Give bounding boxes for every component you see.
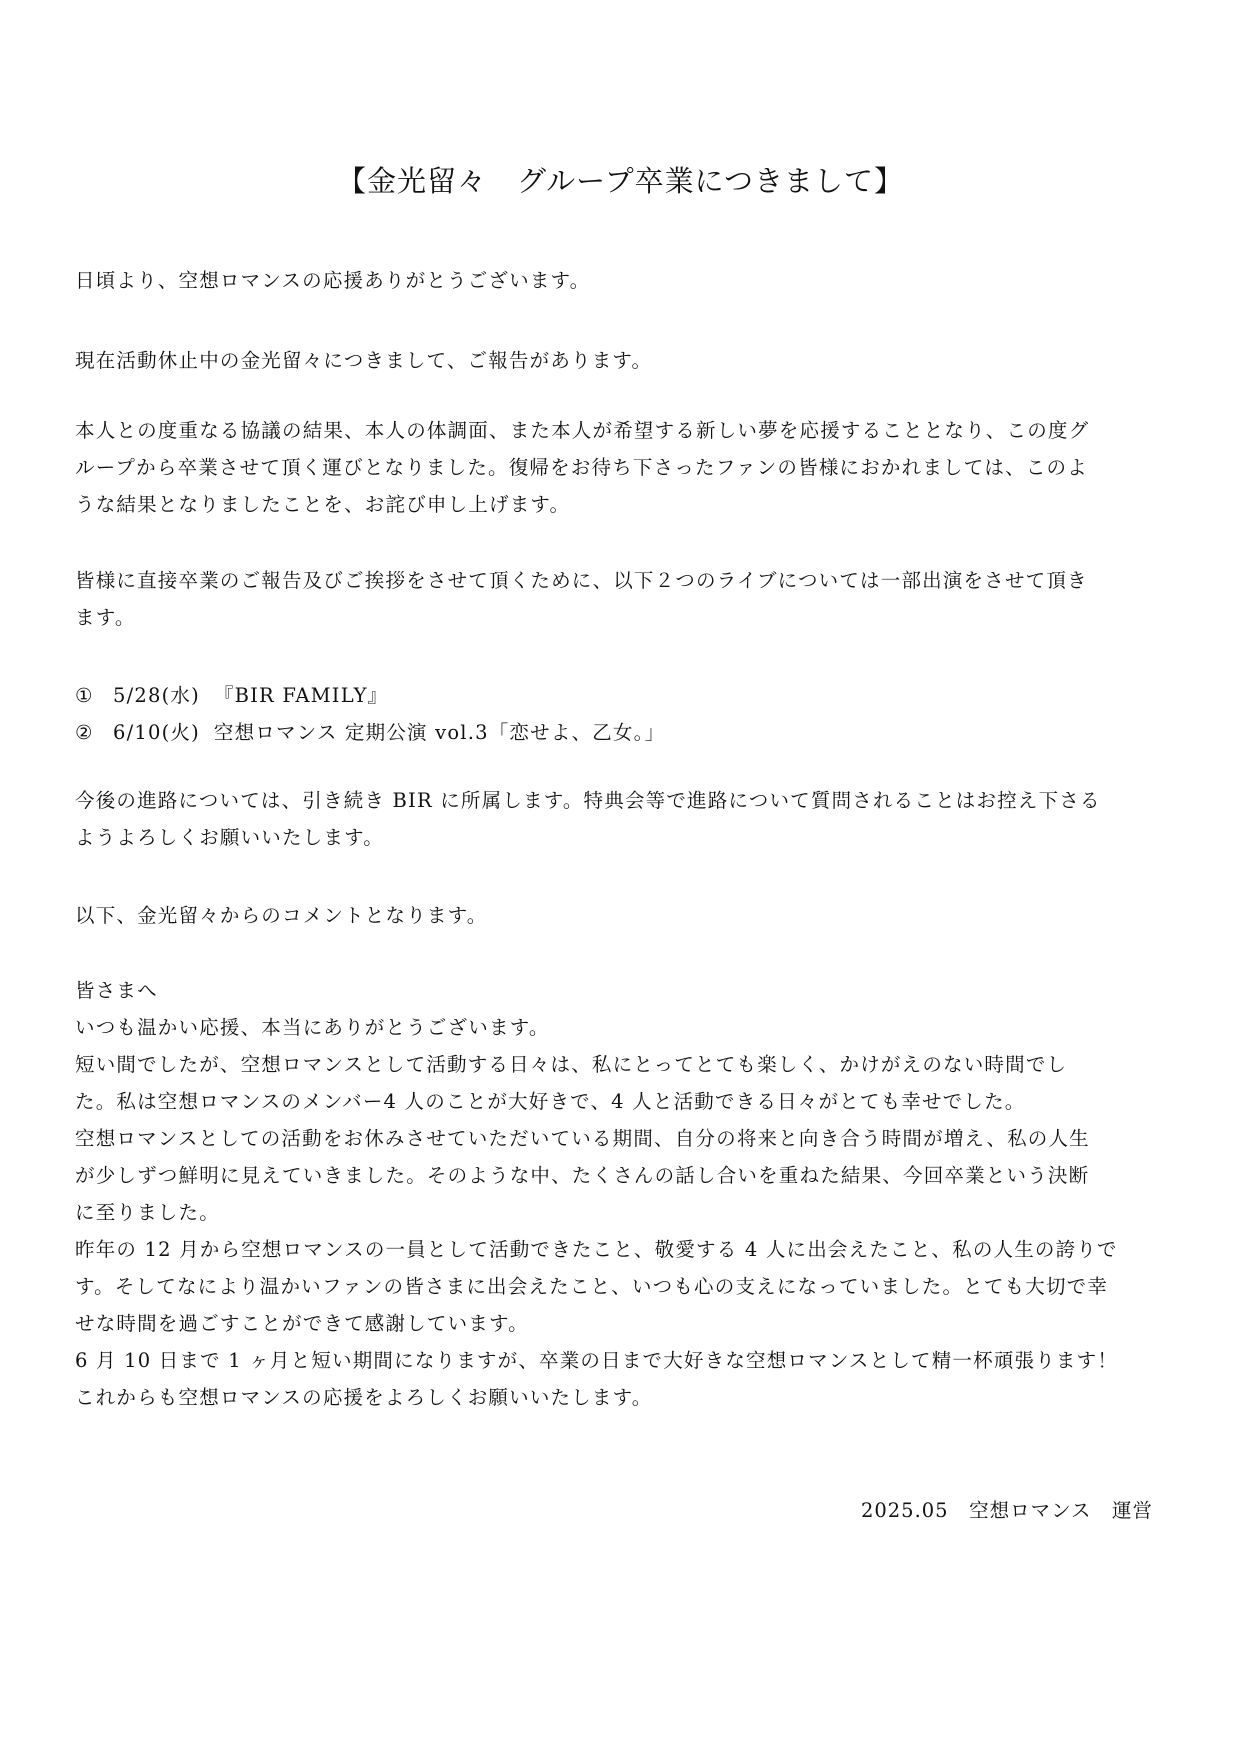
comment-intro-paragraph: 以下、金光留々からのコメントとなります。 [75, 897, 1165, 934]
text-line: ようよろしくお願いいたします。 [75, 819, 1165, 856]
comment-line: 昨年の 12 月から空想ロマンスの一員として活動できたこと、敬愛する 4 人に出… [75, 1231, 1165, 1268]
text-line: ます。 [75, 599, 1165, 636]
comment-line: に至りました。 [75, 1194, 1165, 1231]
list-number: ① [75, 677, 113, 714]
live-event: 空想ロマンス 定期公演 vol.3「恋せよ、乙女。」 [214, 721, 665, 744]
appearance-paragraph: 皆様に直接卒業のご報告及びご挨拶をさせて頂くために、以下２つのライブについては一… [75, 562, 1165, 636]
text-line: 皆様に直接卒業のご報告及びご挨拶をさせて頂くために、以下２つのライブについては一… [75, 562, 1165, 599]
text-line: 本人との度重なる協議の結果、本人の体調面、また本人が希望する新しい夢を応援するこ… [75, 412, 1165, 449]
live-list-item: ②6/10(火)空想ロマンス 定期公演 vol.3「恋せよ、乙女。」 [75, 714, 1165, 751]
comment-line: 短い間でしたが、空想ロマンスとして活動する日々は、私にとってとても楽しく、かけが… [75, 1046, 1165, 1083]
comment-line: いつも温かい応援、本当にありがとうございます。 [75, 1009, 1165, 1046]
signature: 2025.05 空想ロマンス 運営 [861, 1492, 1153, 1529]
list-number: ② [75, 714, 113, 751]
text-line: 今後の進路については、引き続き BIR に所属します。特典会等で進路について質問… [75, 782, 1165, 819]
text-line: ループから卒業させて頂く運びとなりました。復帰をお待ち下さったファンの皆様におか… [75, 449, 1165, 486]
decision-paragraph: 本人との度重なる協議の結果、本人の体調面、また本人が希望する新しい夢を応援するこ… [75, 412, 1165, 523]
greeting-paragraph: 日頃より、空想ロマンスの応援ありがとうございます。 [75, 262, 1165, 299]
comment-line: 空想ロマンスとしての活動をお休みさせていただいている期間、自分の将来と向き合う時… [75, 1120, 1165, 1157]
announcement-page: 【金光留々 グループ卒業につきまして】 日頃より、空想ロマンスの応援ありがとうご… [0, 0, 1241, 1755]
comment-line: す。そしてなにより温かいファンの皆さまに出会えたこと、いつも心の支えになっていま… [75, 1268, 1165, 1305]
comment-line: せな時間を過ごすことができて感謝しています。 [75, 1305, 1165, 1342]
future-paragraph: 今後の進路については、引き続き BIR に所属します。特典会等で進路について質問… [75, 782, 1165, 856]
page-title: 【金光留々 グループ卒業につきまして】 [0, 160, 1241, 202]
comment-line: これからも空想ロマンスの応援をよろしくお願いいたします。 [75, 1379, 1165, 1416]
comment-line: 6 月 10 日まで 1 ヶ月と短い期間になりますが、卒業の日まで大好きな空想ロ… [75, 1342, 1165, 1379]
comment-line: 皆さまへ [75, 972, 1165, 1009]
comment-line: が少しずつ鮮明に見えていきました。そのような中、たくさんの話し合いを重ねた結果、… [75, 1157, 1165, 1194]
text-line: 以下、金光留々からのコメントとなります。 [75, 897, 1165, 934]
live-date: 6/10(火) [113, 714, 200, 751]
text-line: 日頃より、空想ロマンスの応援ありがとうございます。 [75, 262, 1165, 299]
live-list-item: ①5/28(水)『BIR FAMILY』 [75, 677, 1165, 714]
text-line: 現在活動休止中の金光留々につきまして、ご報告があります。 [75, 342, 1165, 379]
comment-line: た。私は空想ロマンスのメンバー4 人のことが大好きで、4 人と活動できる日々がと… [75, 1083, 1165, 1120]
text-line: うな結果となりましたことを、お詫び申し上げます。 [75, 486, 1165, 523]
live-event: 『BIR FAMILY』 [214, 684, 388, 707]
live-list: ①5/28(水)『BIR FAMILY』 ②6/10(火)空想ロマンス 定期公演… [75, 677, 1165, 751]
report-paragraph: 現在活動休止中の金光留々につきまして、ご報告があります。 [75, 342, 1165, 379]
live-date: 5/28(水) [113, 677, 200, 714]
member-comment: 皆さまへ いつも温かい応援、本当にありがとうございます。 短い間でしたが、空想ロ… [75, 972, 1165, 1416]
